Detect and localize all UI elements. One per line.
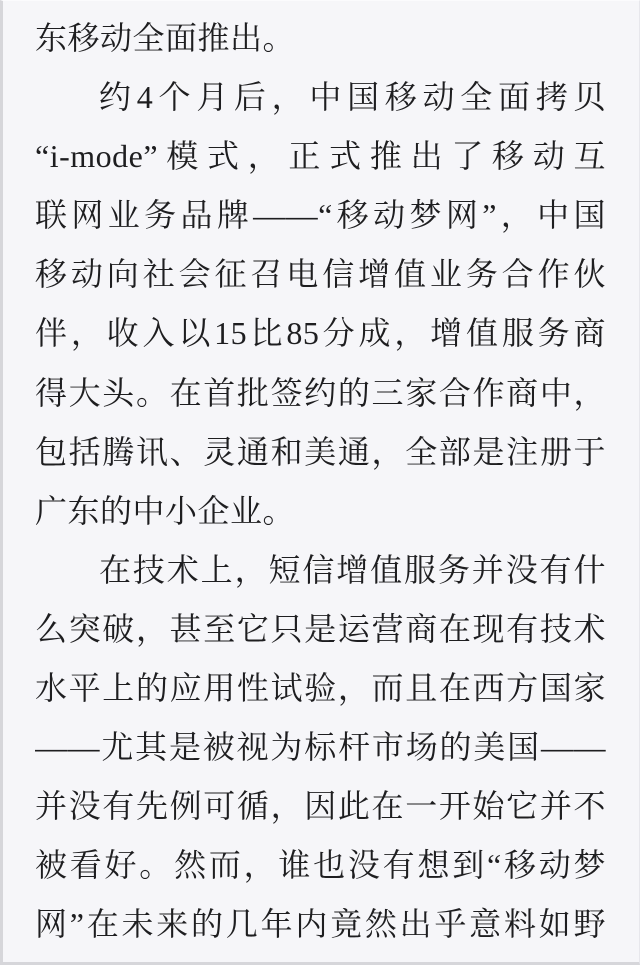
text-line: ——尤其是被视为标杆市场的美国—— xyxy=(35,718,606,777)
text-line: 么突破，甚至它只是运营商在现有技术 xyxy=(35,600,606,659)
text-line: 东移动全面推出。 xyxy=(35,9,606,68)
text-line: 伴，收入以15比85分成，增值服务商 xyxy=(35,304,606,363)
text-line: 联网业务品牌——“移动梦网”，中国 xyxy=(35,186,606,245)
text-line: 水平上的应用性试验，而且在西方国家 xyxy=(35,659,606,718)
text-line: 被看好。然而，谁也没有想到“移动梦 xyxy=(35,836,606,895)
text-line: 移动向社会征召电信增值业务合作伙 xyxy=(35,245,606,304)
text-line: 得大头。在首批签约的三家合作商中， xyxy=(35,364,606,423)
text-line: 网”在未来的几年内竟然出乎意料如野 xyxy=(35,895,606,954)
text-line: 包括腾讯、灵通和美通，全部是注册于 xyxy=(35,423,606,482)
text-line: “i-mode”模式，正式推出了移动互 xyxy=(35,127,606,186)
ebook-page[interactable]: 东移动全面推出。 约4个月后，中国移动全面拷贝 “i-mode”模式，正式推出了… xyxy=(0,0,640,965)
text-line: 并没有先例可循，因此在一开始它并不 xyxy=(35,777,606,836)
text-line: 广东的中小企业。 xyxy=(35,482,606,541)
text-line: 在技术上，短信增值服务并没有什 xyxy=(35,541,606,600)
text-line: 约4个月后，中国移动全面拷贝 xyxy=(35,68,606,127)
